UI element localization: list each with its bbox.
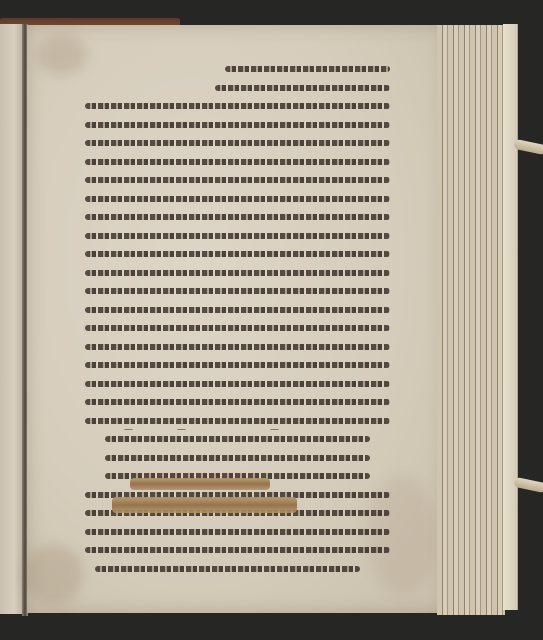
manuscript-line [85, 341, 390, 354]
ink-text [85, 418, 390, 424]
fore-edge-leaves [437, 25, 505, 615]
manuscript-line [85, 63, 390, 76]
verso-page-sliver [0, 24, 24, 614]
manuscript-line [85, 544, 390, 557]
binding-board [503, 24, 518, 610]
paper-stain [37, 35, 87, 75]
manuscript-line [85, 82, 390, 95]
manuscript-line [85, 211, 390, 224]
ink-text [215, 85, 390, 91]
ink-text [85, 159, 390, 165]
ink-text [105, 436, 370, 442]
ink-text [85, 177, 390, 183]
ink-text [85, 381, 390, 387]
manuscript-line [85, 526, 390, 539]
ink-text [85, 140, 390, 146]
manuscript-line [85, 193, 390, 206]
signature-label: — [177, 425, 186, 435]
ink-text [95, 566, 360, 572]
ink-text [85, 307, 390, 313]
manuscript-line [85, 285, 390, 298]
manuscript-line [85, 452, 390, 465]
manuscript-line [85, 563, 390, 576]
manuscript-line [85, 137, 390, 150]
ink-text [105, 455, 370, 461]
ink-text [85, 362, 390, 368]
manuscript-photo: — — — [0, 0, 543, 640]
ink-text [85, 122, 390, 128]
ink-text [225, 66, 390, 72]
manuscript-line [85, 396, 390, 409]
signature-label: — [124, 425, 133, 435]
manuscript-line [85, 100, 390, 113]
ink-text [85, 325, 390, 331]
ink-text [85, 270, 390, 276]
erased-strip-lower [112, 497, 297, 513]
ink-text [85, 529, 390, 535]
manuscript-line [85, 119, 390, 132]
ink-text [85, 196, 390, 202]
ink-text [85, 233, 390, 239]
ink-text [85, 214, 390, 220]
manuscript-line [85, 267, 390, 280]
manuscript-line [85, 304, 390, 317]
ink-text [85, 288, 390, 294]
manuscript-line [85, 378, 390, 391]
ink-text [85, 251, 390, 257]
ink-text [85, 547, 390, 553]
manuscript-line [85, 156, 390, 169]
manuscript-line [85, 322, 390, 335]
erased-strip-upper [130, 478, 270, 490]
ink-text [85, 103, 390, 109]
manuscript-line [85, 359, 390, 372]
ink-text [85, 344, 390, 350]
signature-label: — [270, 425, 279, 435]
ink-text [85, 399, 390, 405]
paper-stain [23, 545, 83, 605]
manuscript-line [85, 230, 390, 243]
manuscript-line [85, 174, 390, 187]
manuscript-line [85, 248, 390, 261]
